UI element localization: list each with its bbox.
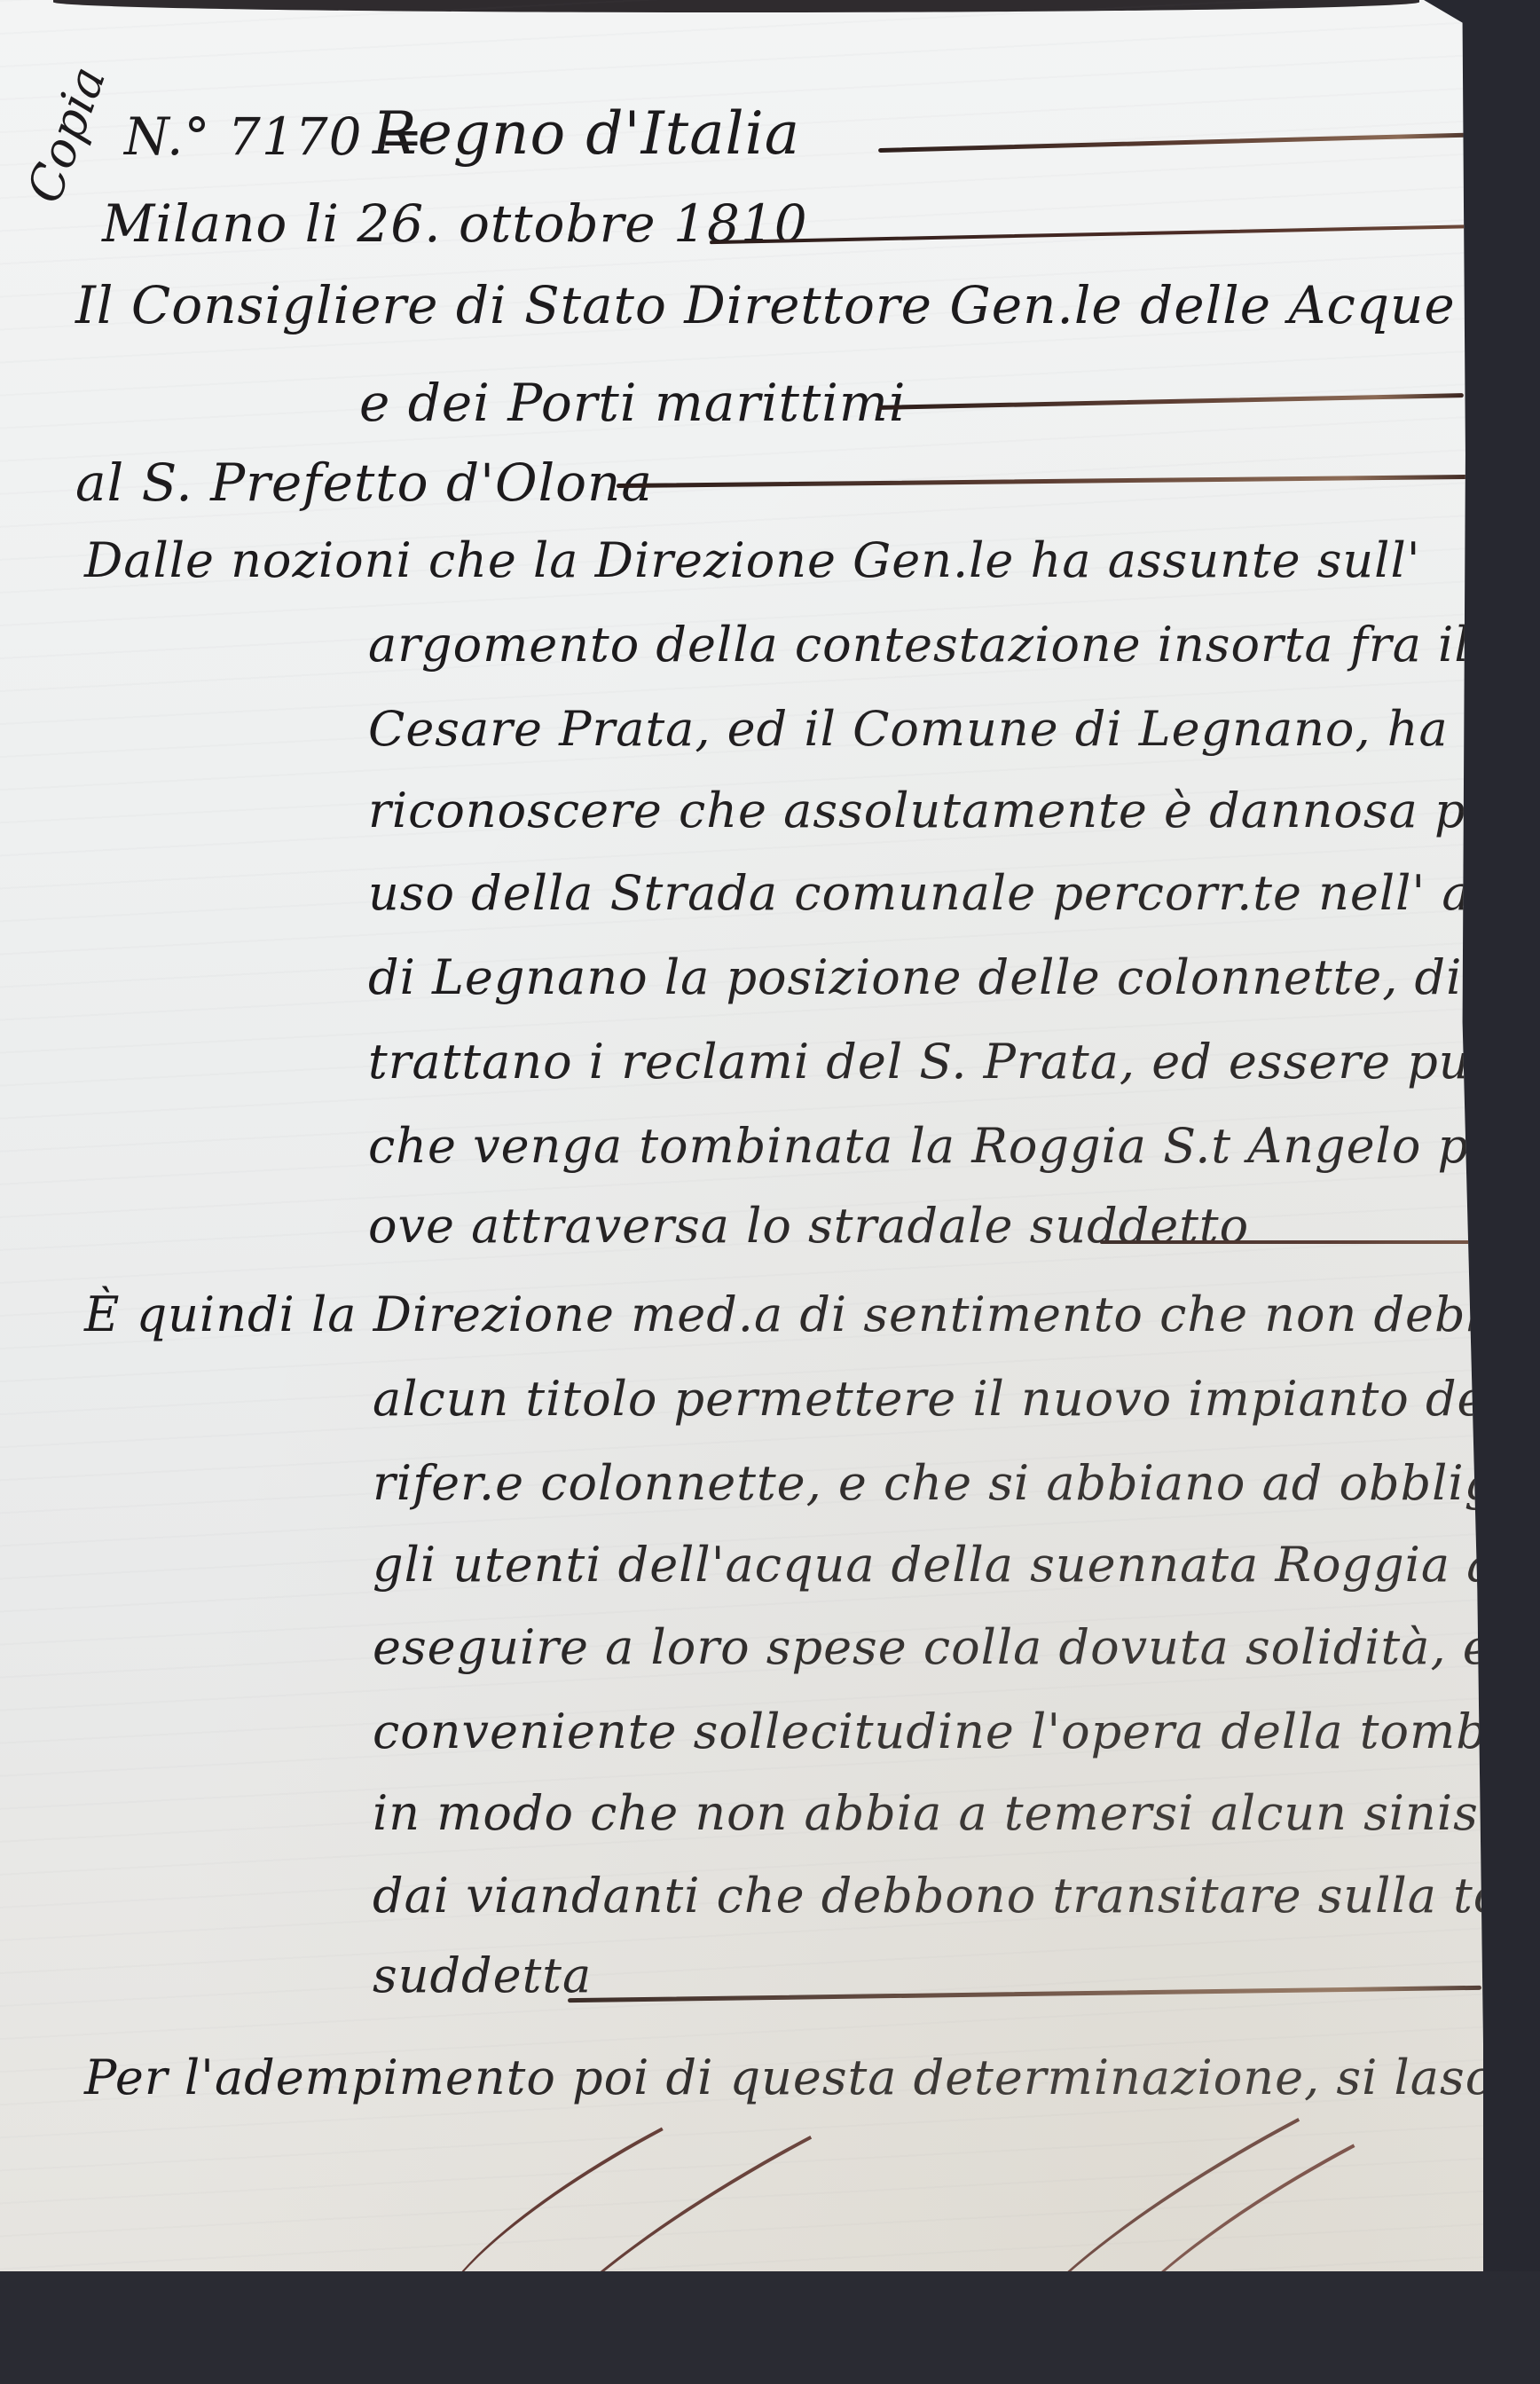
body-line: uso della Strada comunale percorr.te nel… <box>368 865 1540 921</box>
place-date: Milano li 26. ottobre 1810 <box>102 193 808 254</box>
body-line: rifer.e colonnette, e che si abbiano ad … <box>373 1455 1540 1511</box>
date-rule <box>710 224 1490 244</box>
body-line: trattano i reclami del S. Prata, ed esse… <box>368 1034 1540 1090</box>
body-line: che venga tombinata la Roggia S.t Angelo… <box>368 1118 1540 1174</box>
body-line: Per l'adempimento poi di questa determin… <box>84 2050 1538 2105</box>
body-line: alcun titolo permettere il nuovo impiant… <box>373 1371 1540 1427</box>
manuscript-page: Copia N.° 7170 = Regno d'Italia Milano l… <box>0 0 1483 2271</box>
sender-rule <box>878 393 1464 410</box>
body-line: eseguire a loro spese colla dovuta solid… <box>373 1619 1540 1675</box>
sender-line-1: Il Consigliere di Stato Direttore Gen.le… <box>75 275 1540 335</box>
sender-line-2: e dei Porti marittimi <box>359 373 906 433</box>
body-line: argomento della contestazione insorta fr… <box>368 617 1540 673</box>
body-line: ove attraversa lo stradale suddetto <box>368 1198 1249 1254</box>
body-line: conveniente sollecitudine l'opera della … <box>373 1703 1540 1759</box>
margin-note-copia: Copia <box>16 59 116 210</box>
body-line: di Legnano la posizione delle colonnette… <box>368 949 1540 1005</box>
body-line: riconoscere che assolutamente è dannosa … <box>368 783 1540 838</box>
document-title: Regno d'Italia <box>373 99 800 168</box>
body-line: gli utenti dell'acqua della suennata Rog… <box>373 1537 1528 1593</box>
paragraph-2-rule <box>568 1986 1481 2002</box>
title-rule <box>878 132 1490 153</box>
paragraph-1-rule <box>1100 1240 1481 1244</box>
recipient-rule <box>617 475 1477 488</box>
body-line: Cesare Prata, ed il Comune di Legnano, h… <box>368 701 1540 757</box>
recipient: al S. Prefetto d'Olona <box>75 452 653 513</box>
body-line: Dalle nozioni che la Direzione Gen.le ha… <box>84 532 1421 588</box>
body-line: È quindi la Direzione med.a di sentiment… <box>84 1286 1540 1342</box>
body-line: dai viandanti che debbono transitare sul… <box>373 1868 1540 1924</box>
body-line: suddetta <box>373 1947 592 2003</box>
torn-top-edge <box>53 0 1419 12</box>
body-line: in modo che non abbia a temersi alcun si… <box>373 1785 1540 1841</box>
